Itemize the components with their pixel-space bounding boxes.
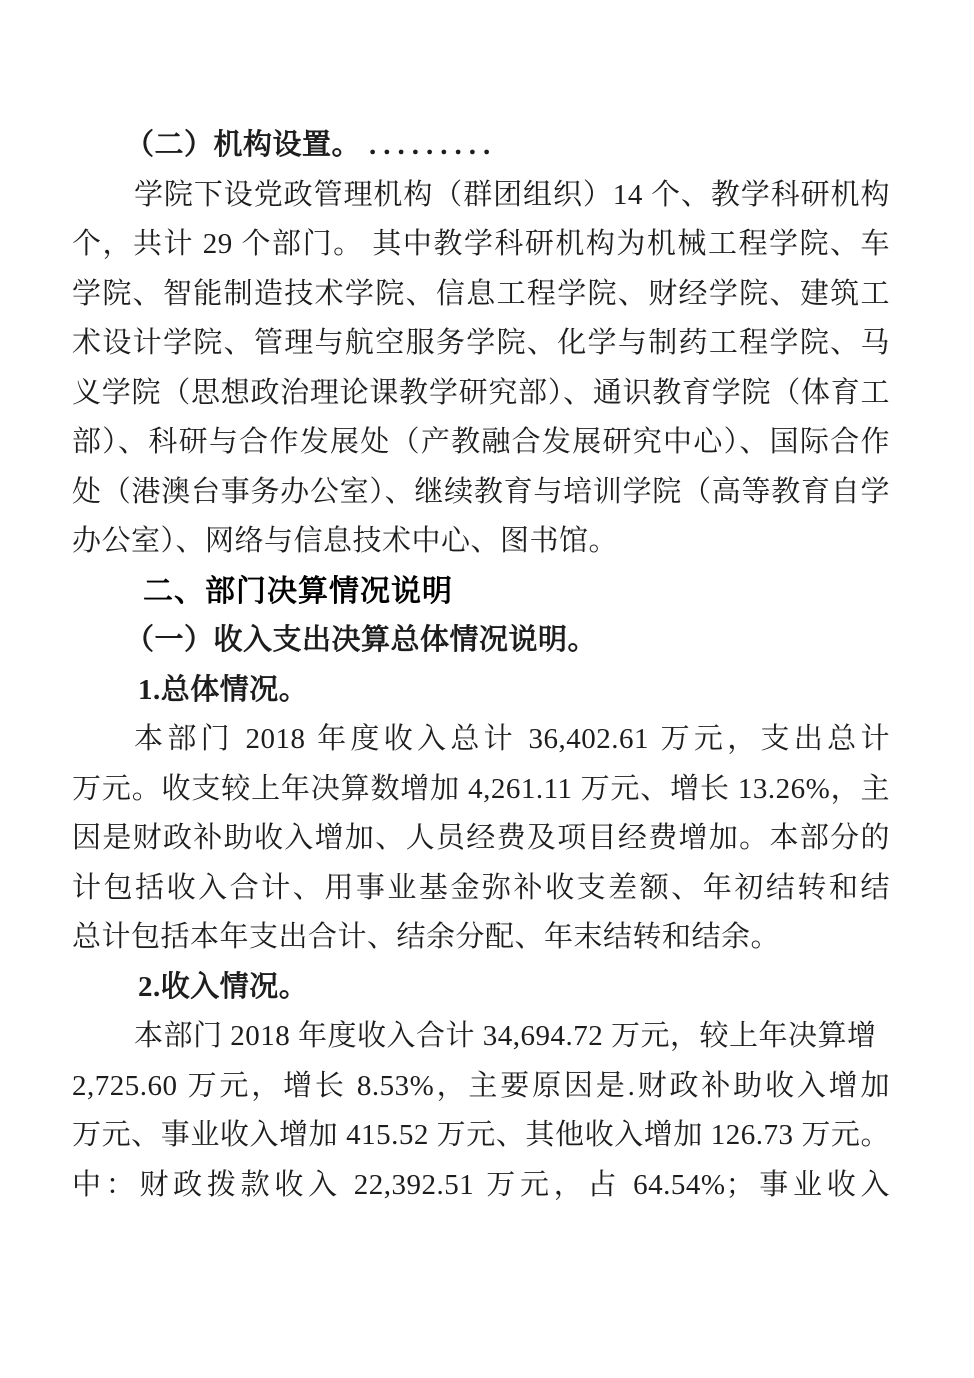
paragraph-org-line: 学院、智能制造技术学院、信息工程学院、财经学院、建筑工程与艺 xyxy=(72,270,890,320)
paragraph-income-line: 2,725.60 万元，增长 8.53%，主要原因是.财政补助收入增加 2183… xyxy=(72,1062,890,1112)
paragraph-income-line: 本部门 2018 年度收入合计 34,694.72 万元，较上年决算增加 xyxy=(72,1012,890,1062)
paragraph-org-line: 术设计学院、管理与航空服务学院、化学与制药工程学院、马克思主 xyxy=(72,319,890,369)
paragraph-overall-line: 万元。收支较上年决算数增加 4,261.11 万元、增长 13.26%，主要原 xyxy=(72,765,890,815)
heading-income-expense-overview: （一）收入支出决算总体情况说明。 xyxy=(72,616,890,666)
paragraph-overall-line: 本部门 2018 年度收入总计 36,402.61 万元，支出总计 36,402… xyxy=(72,715,890,765)
heading-org-setup: （二）机构设置。......... xyxy=(72,121,890,171)
heading-org-setup-label: （二）机构设置。 xyxy=(125,129,361,161)
paragraph-org-line: 学院下设党政管理机构（群团组织）14 个、教学科研机构 15 xyxy=(72,171,890,221)
paragraph-overall-line: 总计包括本年支出合计、结余分配、年末结转和结余。 xyxy=(72,913,890,963)
heading-overall-situation: 1.总体情况。 xyxy=(72,666,890,716)
heading-org-dots: ......... xyxy=(369,129,497,161)
paragraph-income-line: 中：财政拨款收入 22,392.51 万元，占 64.54%；事业收入 10,8… xyxy=(72,1161,890,1211)
paragraph-org-line: 处（港澳台事务办公室）、继续教育与培训学院（高等教育自学考试 xyxy=(72,468,890,518)
document-page: （二）机构设置。......... 学院下设党政管理机构（群团组织）14 个、教… xyxy=(0,0,974,1378)
paragraph-org-line: 办公室）、网络与信息技术中心、图书馆。 xyxy=(72,517,890,567)
paragraph-income-line: 万元、事业收入增加 415.52 万元、其他收入增加 126.73 万元。其 xyxy=(72,1111,890,1161)
heading-income-situation: 2.收入情况。 xyxy=(72,963,890,1013)
paragraph-overall-line: 因是财政补助收入增加、人员经费及项目经费增加。本部分的收入总 xyxy=(72,814,890,864)
paragraph-org-line: 义学院（思想政治理论课教学研究部）、通识教育学院（体育工作 xyxy=(72,369,890,419)
paragraph-overall-line: 计包括收入合计、用事业基金弥补收支差额、年初结转和结余，支出 xyxy=(72,864,890,914)
heading-budget-section: 二、部门决算情况说明 xyxy=(72,567,890,617)
paragraph-org-line: 部）、科研与合作发展处（产教融合发展研究中心）、国际合作交流 xyxy=(72,418,890,468)
paragraph-org-line: 个，共计 29 个部门。 其中教学科研机构为机械工程学院、车辆工程 xyxy=(72,220,890,270)
